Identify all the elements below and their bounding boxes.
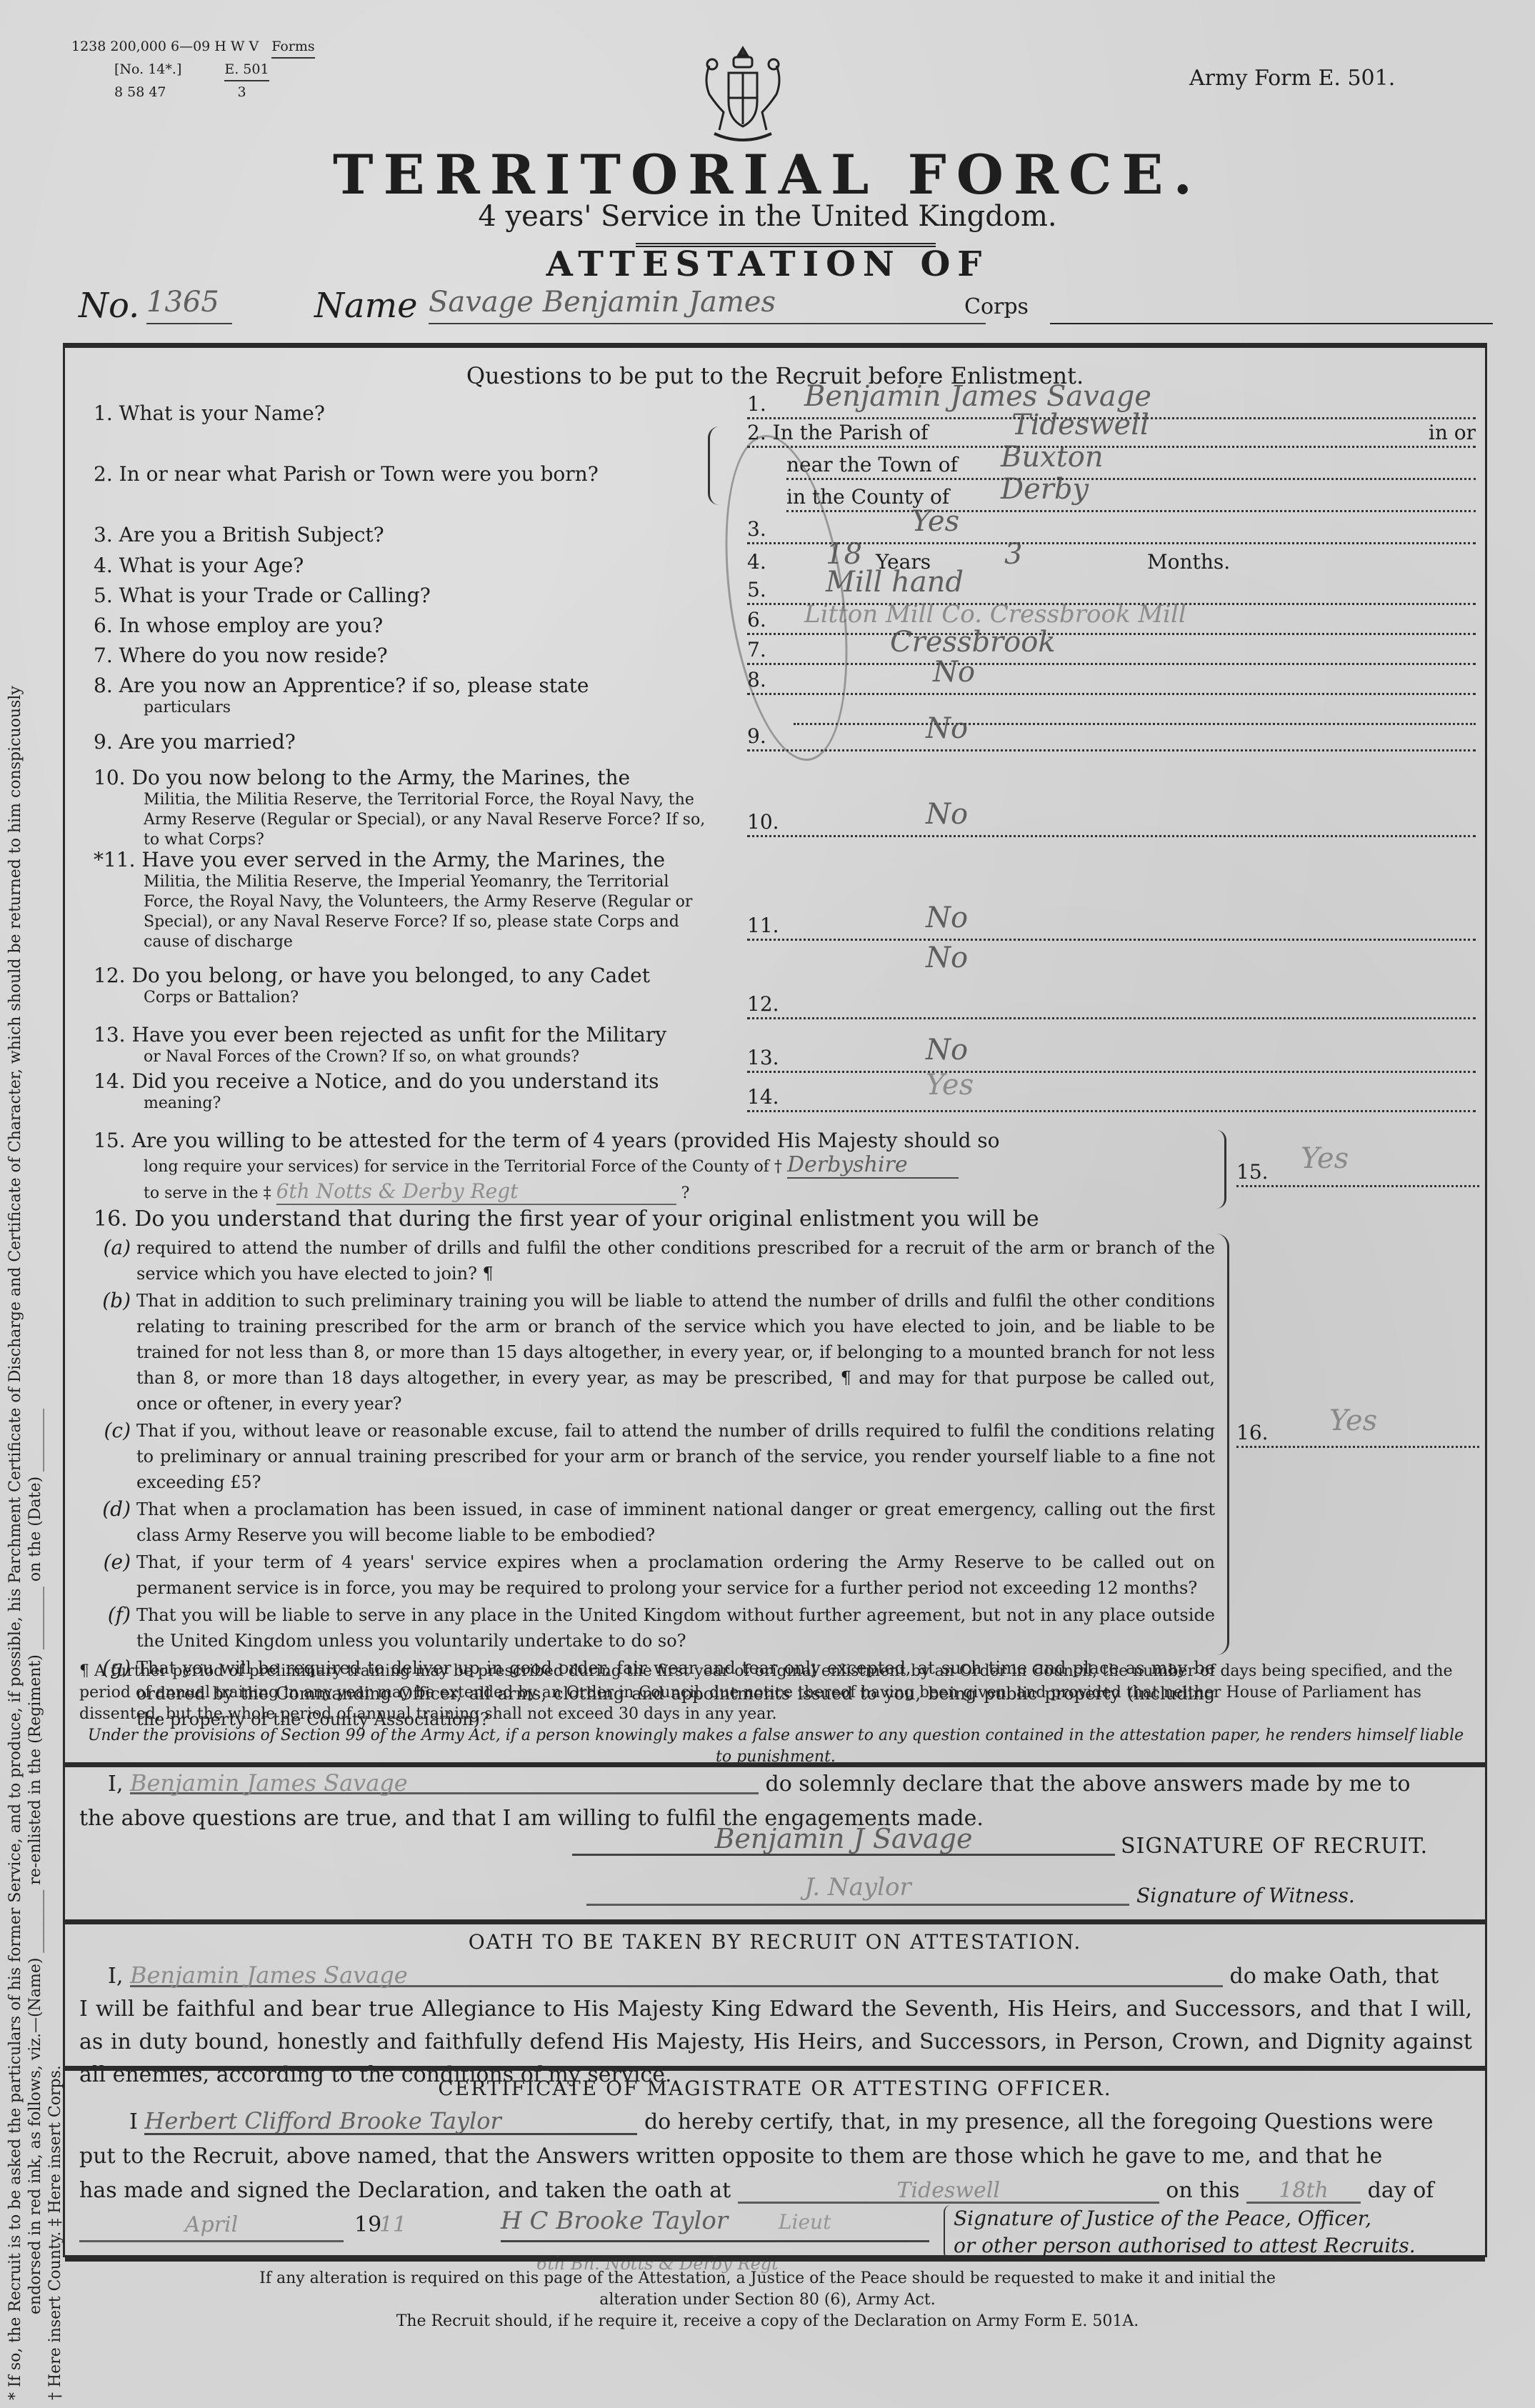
q16-item-e: (e)That, if your term of 4 years' servic… [94, 1549, 1215, 1601]
declaration-name-field[interactable]: Benjamin James Savage [130, 1766, 759, 1794]
answer-13[interactable]: 13.No [747, 1044, 1476, 1073]
answer-12[interactable]: 12.No [747, 991, 1476, 1019]
question-6: 6. In whose employ are you? [94, 614, 722, 638]
certificate-section: I Herbert Clifford Brooke Taylor do here… [79, 2104, 1472, 2272]
witness-signature-label: Signature of Witness. [1136, 1884, 1355, 1907]
question-5: 5. What is your Trade or Calling? [94, 584, 722, 608]
training-footnote: ¶ A further period of preliminary traini… [79, 1661, 1472, 1768]
questions-heading: Questions to be put to the Recruit befor… [65, 362, 1485, 389]
printer-code: 1238 200,000 6—09 H W V Forms [No. 14*.]… [71, 36, 315, 103]
officer-name-field[interactable]: Herbert Clifford Brooke Taylor [144, 2104, 637, 2135]
question-14: 14. Did you receive a Notice, and do you… [94, 1069, 722, 1114]
answer-7[interactable]: 7.Cressbrook [747, 636, 1476, 665]
signature-authority-label: Signature of Justice of the Peace, Offic… [944, 2205, 1416, 2259]
q15-corps-field[interactable]: 6th Notts & Derby Regt [276, 1179, 676, 1205]
forms-number: E. 501 [224, 59, 269, 81]
forms-sheet: 3 [238, 81, 246, 103]
false-answer-warning: Under the provisions of Section 99 of th… [79, 1725, 1472, 1768]
question-16: 16. Do you understand that during the fi… [94, 1205, 1215, 1732]
oath-section: I, Benjamin James Savage do make Oath, t… [79, 1959, 1472, 2092]
corps-label: Corps [964, 294, 1029, 319]
answer-10[interactable]: 10.No [747, 809, 1476, 837]
recruit-signature-field[interactable]: Benjamin J Savage [572, 1823, 1115, 1856]
answer-8-particulars[interactable] [794, 696, 1476, 725]
name-label: Name [314, 286, 418, 326]
section-divider [65, 1919, 1485, 1924]
answer-14[interactable]: 14.Yes [747, 1084, 1476, 1112]
attestation-form-box: Questions to be put to the Recruit befor… [63, 343, 1487, 2257]
answer-2-town[interactable]: near the Town ofBuxton [786, 451, 1476, 480]
question-13: 13. Have you ever been rejected as unfit… [94, 1023, 722, 1067]
question-4: 4. What is your Age? [94, 554, 722, 578]
question-10: 10. Do you now belong to the Army, the M… [94, 766, 722, 850]
answer-2-county[interactable]: in the County ofDerby [786, 484, 1476, 512]
army-form-number: Army Form E. 501. [1189, 66, 1395, 91]
answer-15[interactable]: 15.Yes [1236, 1159, 1479, 1187]
section-divider [65, 2066, 1485, 2071]
question-12: 12. Do you belong, or have you belonged,… [94, 964, 722, 1008]
q16-item-c: (c)That if you, without leave or reasona… [94, 1418, 1215, 1495]
recruit-name-field[interactable]: Savage Benjamin James [429, 286, 986, 324]
answer-11[interactable]: 11.No [747, 912, 1476, 941]
question-2: 2. In or near what Parish or Town were y… [94, 462, 722, 486]
brace-q16 [1216, 1234, 1229, 1655]
witness-signature-field[interactable]: J. Naylor [586, 1873, 1129, 1906]
recruit-signature-label: SIGNATURE OF RECRUIT. [1121, 1834, 1428, 1859]
printer-code-line3: 8 58 47 [114, 81, 166, 103]
oath-name-field[interactable]: Benjamin James Savage [130, 1959, 1223, 1987]
q15-county-field[interactable]: Derbyshire [787, 1153, 959, 1179]
answer-2-parish[interactable]: 2. In the Parish ofTideswellin or [747, 419, 1476, 448]
margin-notes: * If so, the Recruit is to be asked the … [0, 443, 71, 2372]
recruit-number-field[interactable]: 1365 [146, 286, 232, 324]
officer-signature-field[interactable]: H C Brooke Taylor Lieut [501, 2204, 929, 2242]
question-7: 7. Where do you now reside? [94, 644, 722, 668]
oath-month-field[interactable]: April [79, 2208, 344, 2242]
forms-label: Forms [271, 36, 314, 59]
question-11: *11. Have you ever served in the Army, t… [94, 848, 722, 952]
answer-16[interactable]: 16.Yes [1236, 1419, 1479, 1448]
q16-item-a: (a)required to attend the number of dril… [94, 1235, 1215, 1287]
alteration-note: If any alteration is required on this pa… [0, 2268, 1535, 2332]
oath-day-field[interactable]: 18th [1246, 2174, 1361, 2204]
question-9: 9. Are you married? [94, 730, 722, 754]
answer-9[interactable]: 9.No [747, 723, 1476, 751]
q16-item-f: (f)That you will be liable to serve in a… [94, 1602, 1215, 1654]
brace-q15 [1216, 1130, 1226, 1209]
form-subtitle: 4 years' Service in the United Kingdom. [0, 200, 1535, 233]
question-15: 15. Are you willing to be attested for t… [94, 1129, 1215, 1206]
q16-item-d: (d)That when a proclamation has been iss… [94, 1497, 1215, 1548]
section-divider [65, 2257, 1485, 2262]
answer-8[interactable]: 8.No [747, 666, 1476, 695]
q16-item-b: (b)That in addition to such preliminary … [94, 1288, 1215, 1417]
certificate-heading: CERTIFICATE OF MAGISTRATE OR ATTESTING O… [65, 2077, 1485, 2100]
question-1: 1. What is your Name? [94, 401, 722, 426]
brace-q2 [708, 426, 719, 505]
answer-6[interactable]: 6.Litton Mill Co. Cressbrook Mill [747, 606, 1476, 635]
oath-year-field[interactable]: 11 [379, 2208, 406, 2242]
no-label: No. [79, 286, 139, 326]
question-8: 8. Are you now an Apprentice? if so, ple… [94, 674, 722, 718]
margin-note-former-service: * If so, the Recruit is to be asked the … [6, 686, 66, 2400]
royal-coat-of-arms-icon [696, 44, 789, 144]
oath-heading: OATH TO BE TAKEN BY RECRUIT ON ATTESTATI… [65, 1930, 1485, 1954]
question-3: 3. Are you a British Subject? [94, 523, 722, 547]
attestation-heading: ATTESTATION OF [0, 244, 1535, 284]
recruit-id-line: No. 1365 Name Savage Benjamin James Corp… [79, 286, 1493, 329]
corps-field[interactable] [1050, 286, 1493, 324]
printer-code-line2: [No. 14*.] [114, 59, 181, 81]
printer-code-line1: 1238 200,000 6—09 H W V [71, 36, 259, 59]
oath-place-field[interactable]: Tideswell [738, 2174, 1159, 2204]
form-title: TERRITORIAL FORCE. [0, 143, 1535, 206]
